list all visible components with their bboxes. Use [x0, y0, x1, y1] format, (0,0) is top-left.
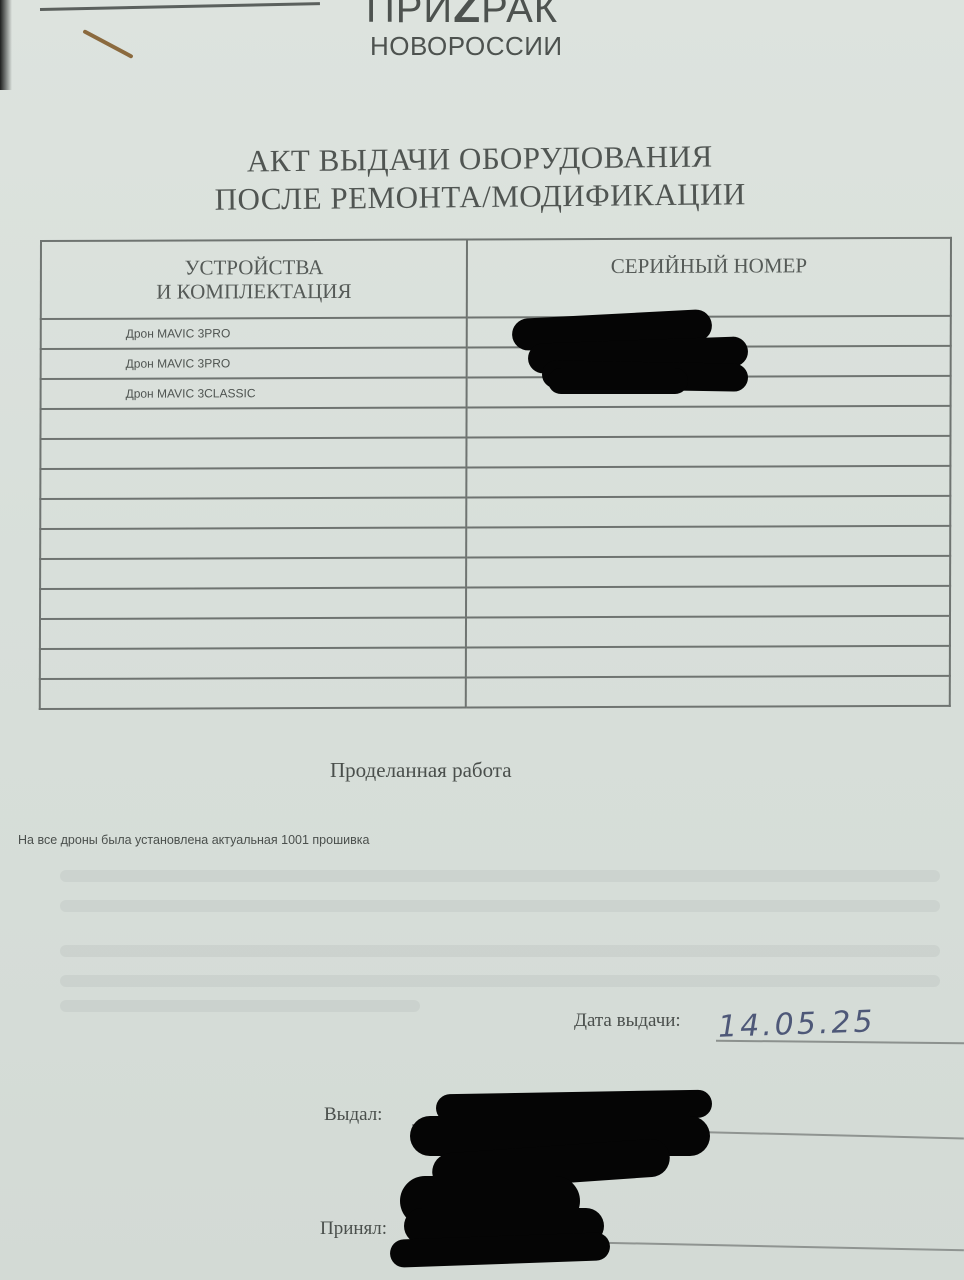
received-by-label: Принял:: [320, 1218, 387, 1240]
table-row: [40, 676, 950, 709]
header-devices-line-2: И КОМПЛЕКТАЦИЯ: [42, 279, 466, 304]
device-cell: [40, 498, 466, 529]
serial-number-cell: [466, 646, 950, 678]
logo-line-1: ПРИZРАК: [366, 0, 563, 31]
table-row: [40, 436, 950, 469]
serial-number-cell: [466, 466, 950, 498]
table-row: [40, 586, 950, 619]
document-title: АКТ ВЫДАЧИ ОБОРУДОВАНИЯ ПОСЛЕ РЕМОНТА/МО…: [190, 137, 771, 219]
device-cell: [40, 558, 466, 589]
background-edge-shadow: [0, 0, 12, 90]
top-rule-line: [40, 2, 320, 11]
title-line-1: АКТ ВЫДАЧИ ОБОРУДОВАНИЯ: [190, 137, 770, 181]
device-cell: [40, 588, 466, 619]
table-row: Дрон MAVIC 3CLASSIC: [41, 376, 951, 409]
device-cell: [40, 528, 466, 559]
logo-text-part: РАК: [481, 0, 558, 31]
table-row: [40, 526, 950, 559]
pencil-mark: [82, 29, 133, 59]
bleed-through-text: [60, 945, 940, 957]
serial-number-cell: [466, 586, 950, 618]
issue-date-label: Дата выдачи:: [574, 1010, 681, 1032]
device-cell: Дрон MAVIC 3PRO: [41, 348, 467, 379]
table-row: [40, 496, 950, 529]
serial-number-cell: [466, 526, 950, 558]
device-cell: [40, 438, 466, 469]
issue-date-handwritten: 14.05.25: [717, 1004, 876, 1044]
logo-z-letter: Z: [453, 0, 481, 32]
bleed-through-text: [60, 870, 940, 882]
logo-line-2: НОВОРОССИИ: [370, 31, 563, 61]
organization-logo: ПРИZРАК НОВОРОССИИ: [366, 0, 563, 61]
paper-sheet: ПРИZРАК НОВОРОССИИ АКТ ВЫДАЧИ ОБОРУДОВАН…: [0, 0, 964, 1280]
serial-number-cell: [466, 436, 950, 468]
work-done-text: На все дроны была установлена актуальная…: [18, 833, 369, 847]
logo-text-part: ПРИ: [366, 0, 453, 31]
work-done-heading: Проделанная работа: [330, 758, 512, 783]
title-line-2: ПОСЛЕ РЕМОНТА/МОДИФИКАЦИИ: [190, 175, 770, 219]
table-row: Дрон MAVIC 3PRO: [41, 316, 951, 349]
equipment-table: УСТРОЙСТВА И КОМПЛЕКТАЦИЯ СЕРИЙНЫЙ НОМЕР…: [39, 237, 952, 710]
table-row: [40, 406, 950, 439]
serial-number-cell: [466, 676, 950, 708]
serial-number-cell: [466, 556, 950, 588]
device-cell: [40, 648, 466, 679]
table-row: [40, 556, 950, 589]
device-cell: [40, 468, 466, 499]
serial-number-cell: [466, 406, 950, 438]
device-cell: [40, 678, 466, 709]
redaction-scribble-serials: [548, 368, 688, 394]
table-row: [40, 646, 950, 679]
device-cell: Дрон MAVIC 3PRO: [41, 318, 467, 349]
serial-number-cell: [466, 496, 950, 528]
serial-number-cell: [466, 616, 950, 648]
header-serial-number: СЕРИЙНЫЙ НОМЕР: [467, 238, 951, 318]
table-row: [40, 466, 950, 499]
table-row: Дрон MAVIC 3PRO: [41, 346, 951, 379]
bleed-through-text: [60, 975, 940, 987]
table-row: [40, 616, 950, 649]
bleed-through-text: [60, 1000, 420, 1012]
device-cell: Дрон MAVIC 3CLASSIC: [41, 378, 467, 409]
device-cell: [40, 618, 466, 649]
table-body: Дрон MAVIC 3PROДрон MAVIC 3PROДрон MAVIC…: [40, 316, 951, 709]
table-header-row: УСТРОЙСТВА И КОМПЛЕКТАЦИЯ СЕРИЙНЫЙ НОМЕР: [41, 238, 951, 319]
header-devices: УСТРОЙСТВА И КОМПЛЕКТАЦИЯ: [41, 240, 467, 319]
header-devices-line-1: УСТРОЙСТВА: [42, 255, 466, 280]
issue-date-line: [716, 1040, 964, 1045]
bleed-through-text: [60, 900, 940, 912]
issued-by-label: Выдал:: [324, 1104, 382, 1126]
device-cell: [40, 408, 466, 439]
